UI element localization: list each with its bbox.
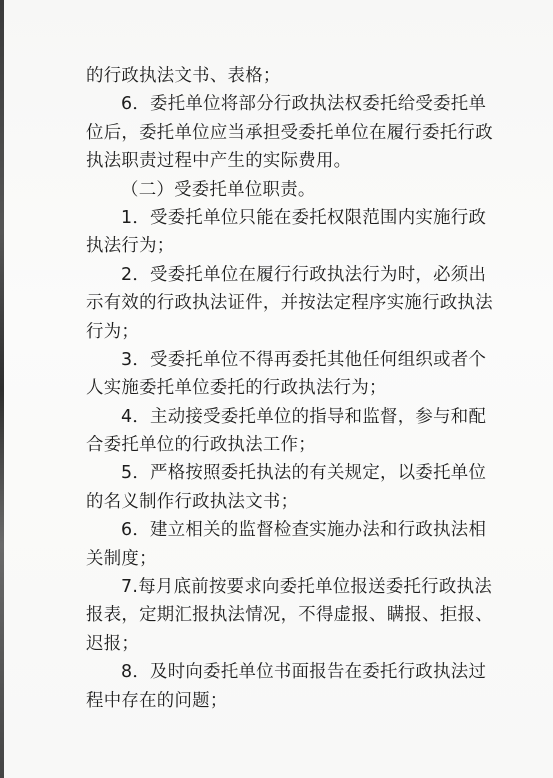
text-line-9: 示有效的行政执法证件，并按法定程序实施行政执法 [86,289,456,317]
section-heading: （二）受委托单位职责。 [86,176,456,204]
text-line-4: 执法职责过程中产生的实际费用。 [86,147,456,175]
text-line-15: 5．严格按照委托执法的有关规定，以委托单位 [86,459,456,487]
text-line-17: 6．建立相关的监督检查实施办法和行政执法相 [86,516,456,544]
document-body: 的行政执法文书、表格； 6．委托单位将部分行政执法权委托给受委托单 位后，委托单… [86,62,456,715]
text-line-10: 行为； [86,318,456,346]
text-line-12: 人实施委托单位委托的行政执法行为； [86,374,456,402]
text-line-16: 的名义制作行政执法文书； [86,488,456,516]
text-line-20: 报表，定期汇报执法情况，不得虚报、瞒报、拒报、 [86,601,456,629]
text-line-2: 6．委托单位将部分行政执法权委托给受委托单 [86,90,456,118]
text-line-1: 的行政执法文书、表格； [86,62,456,90]
text-line-3: 位后，委托单位应当承担受委托单位在履行委托行政 [86,119,456,147]
text-line-6: 1．受委托单位只能在委托权限范围内实施行政 [86,204,456,232]
text-line-18: 关制度； [86,545,456,573]
text-line-7: 执法行为； [86,232,456,260]
text-line-14: 合委托单位的行政执法工作； [86,431,456,459]
text-line-8: 2．受委托单位在履行行政执法行为时，必须出 [86,261,456,289]
text-line-13: 4．主动接受委托单位的指导和监督，参与和配 [86,403,456,431]
text-line-21: 迟报； [86,630,456,658]
text-line-11: 3．受委托单位不得再委托其他任何组织或者个 [86,346,456,374]
text-line-22: 8．及时向委托单位书面报告在委托行政执法过 [86,658,456,686]
text-line-19: 7.每月底前按要求向委托单位报送委托行政执法 [86,573,456,601]
text-line-23: 程中存在的问题； [86,687,456,715]
document-page: 的行政执法文书、表格； 6．委托单位将部分行政执法权委托给受委托单 位后，委托单… [4,0,553,778]
